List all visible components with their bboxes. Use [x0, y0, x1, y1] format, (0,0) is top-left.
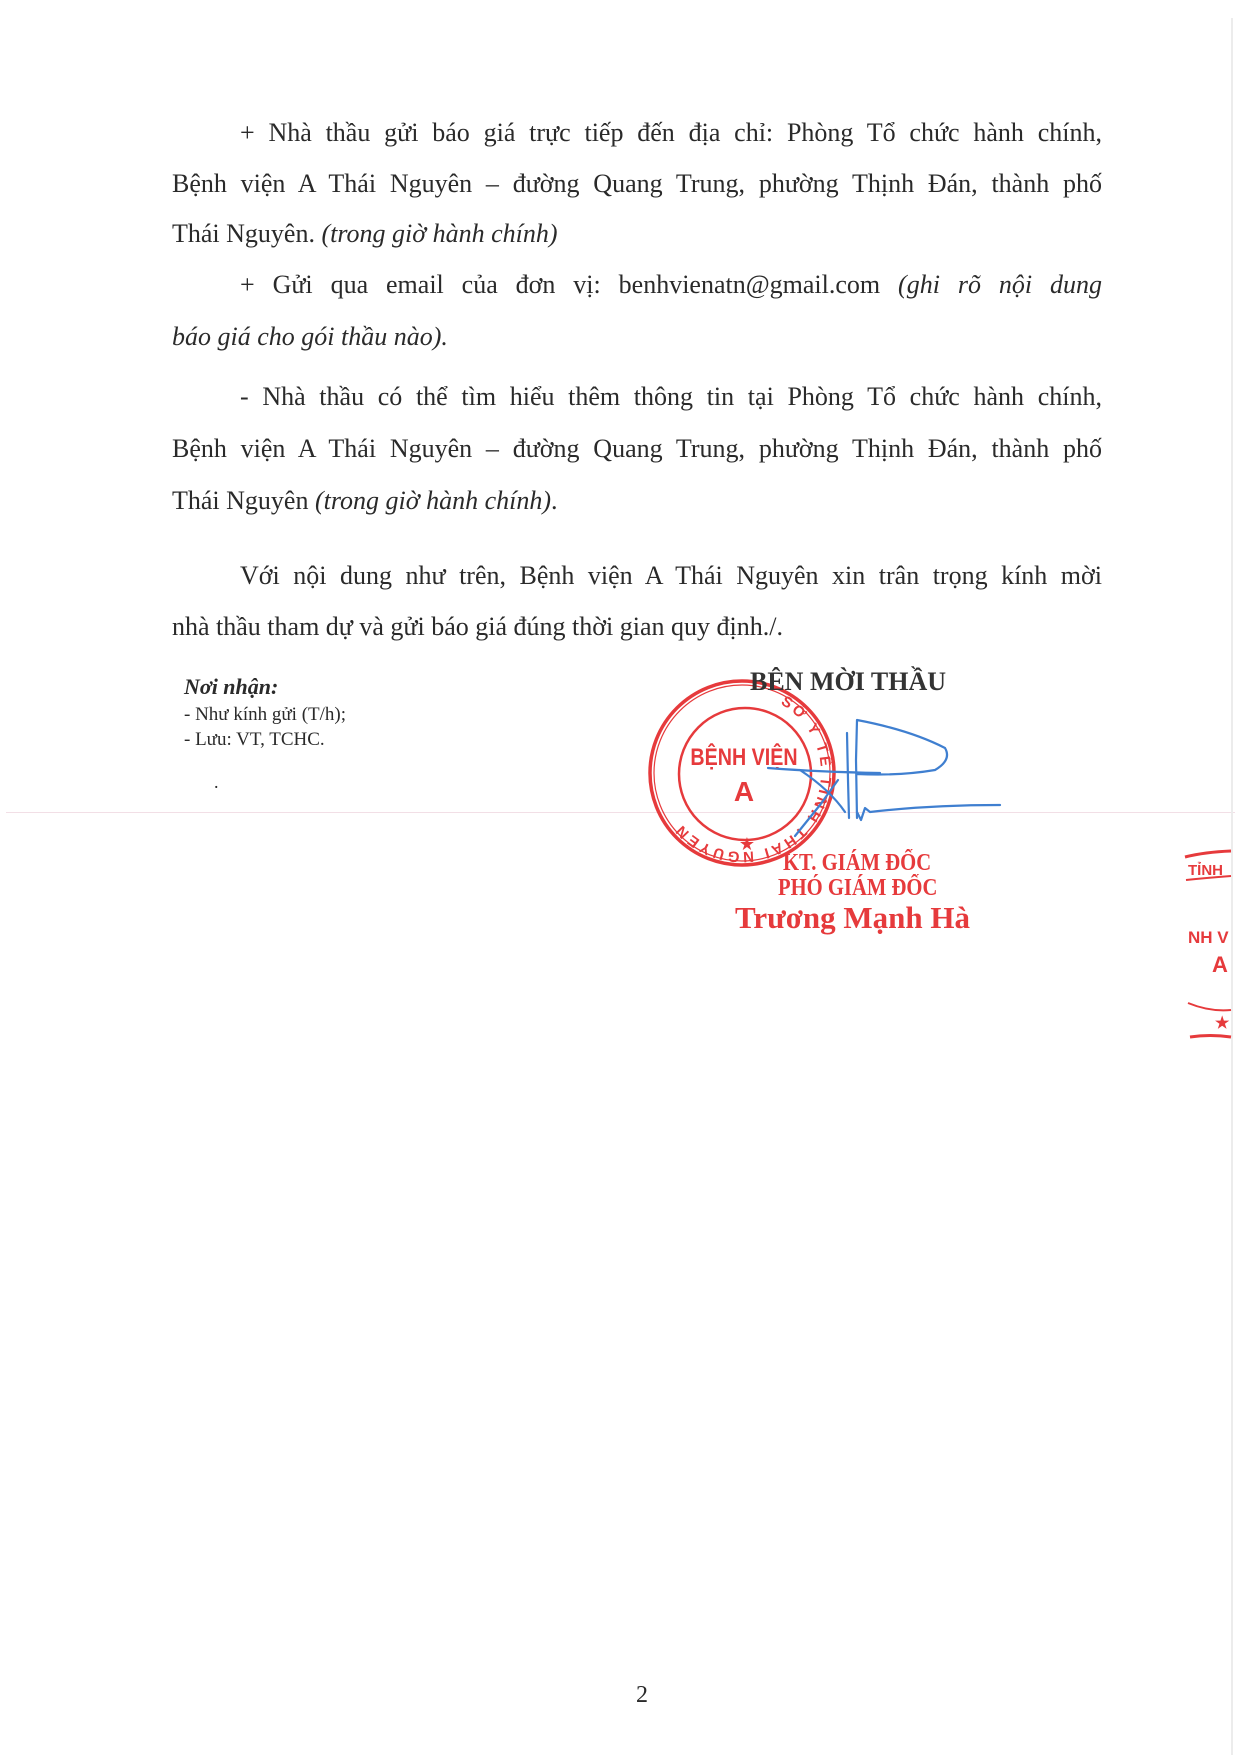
- signature-title: BÊN MỜI THẦU: [750, 667, 946, 697]
- signature-position-1: KT. GIÁM ĐỐC: [783, 850, 931, 877]
- scan-line-artifact: [6, 812, 1235, 813]
- text-run: Với nội dung như trên, Bệnh viện A Thái …: [240, 561, 1102, 590]
- signature-position-2: PHÓ GIÁM ĐỐC: [778, 875, 937, 902]
- text-run: Bệnh viện A Thái Nguyên – đường Quang Tr…: [172, 434, 1102, 463]
- paragraph-line: Bệnh viện A Thái Nguyên – đường Quang Tr…: [172, 169, 1102, 199]
- paragraph-line: báo giá cho gói thầu nào).: [172, 322, 1102, 352]
- stamp-center-text: BỆNH VIỆN: [690, 743, 797, 770]
- svg-text:TỈNH: TỈNH: [1188, 862, 1223, 879]
- paragraph-line: + Gửi qua email của đơn vị: benhvienatn@…: [240, 270, 1102, 300]
- recipient-item: - Như kính gửi (T/h);: [184, 704, 346, 726]
- stamp-center-letter: A: [734, 776, 754, 807]
- italic-text: (ghi rõ nội dung: [898, 270, 1102, 299]
- svg-text:A: A: [1212, 952, 1228, 977]
- stamp-inner-ring: [679, 708, 811, 840]
- stamp-outer-ring: [650, 681, 834, 865]
- italic-text: báo giá cho gói thầu nào).: [172, 322, 448, 351]
- paragraph-line: Với nội dung như trên, Bệnh viện A Thái …: [240, 561, 1102, 591]
- svg-text:NH V: NH V: [1188, 928, 1229, 947]
- edge-stamp-fragment: TỈNH NH V A ★: [1185, 851, 1231, 1037]
- star-icon: ★: [739, 834, 755, 855]
- paragraph-line: - Nhà thầu có thể tìm hiểu thêm thông ti…: [240, 382, 1102, 412]
- italic-text: (trong giờ hành chính): [321, 219, 557, 248]
- stamp-ring-text: SỞ Y TẾ TỈNH THÁI NGUYÊN: [671, 693, 834, 866]
- paragraph-line: Thái Nguyên. (trong giờ hành chính): [172, 219, 1102, 249]
- text-run: - Nhà thầu có thể tìm hiểu thêm thông ti…: [240, 382, 1102, 411]
- text-run: Bệnh viện A Thái Nguyên – đường Quang Tr…: [172, 169, 1102, 198]
- italic-text: (trong giờ hành chính): [315, 486, 551, 515]
- stamp-outer-ring-inner: [654, 685, 830, 861]
- text-run: + Nhà thầu gửi báo giá trực tiếp đến địa…: [240, 118, 1102, 147]
- signer-name: Trương Mạnh Hà: [735, 900, 970, 936]
- recipients-title: Nơi nhận:: [184, 674, 278, 700]
- text-run: Thái Nguyên.: [172, 219, 321, 248]
- text-run: .: [551, 486, 558, 515]
- text-run: Thái Nguyên: [172, 486, 315, 515]
- text-run: nhà thầu tham dự và gửi báo giá đúng thờ…: [172, 612, 783, 641]
- page-edge-shadow: [1231, 18, 1233, 1755]
- handwritten-signature: [0, 0, 1241, 1755]
- paragraph-line: Thái Nguyên (trong giờ hành chính).: [172, 486, 1102, 516]
- official-stamp: SỞ Y TẾ TỈNH THÁI NGUYÊN BỆNH VIỆN A ★ T…: [0, 0, 1241, 1755]
- paragraph-line: + Nhà thầu gửi báo giá trực tiếp đến địa…: [240, 118, 1102, 148]
- svg-text:★: ★: [1215, 1015, 1230, 1032]
- stray-mark: .: [214, 772, 219, 793]
- recipient-item: - Lưu: VT, TCHC.: [184, 729, 325, 751]
- paragraph-line: nhà thầu tham dự và gửi báo giá đúng thờ…: [172, 612, 1102, 642]
- paragraph-line: Bệnh viện A Thái Nguyên – đường Quang Tr…: [172, 434, 1102, 464]
- page-number: 2: [636, 1682, 648, 1709]
- text-run: + Gửi qua email của đơn vị: benhvienatn@…: [240, 270, 898, 299]
